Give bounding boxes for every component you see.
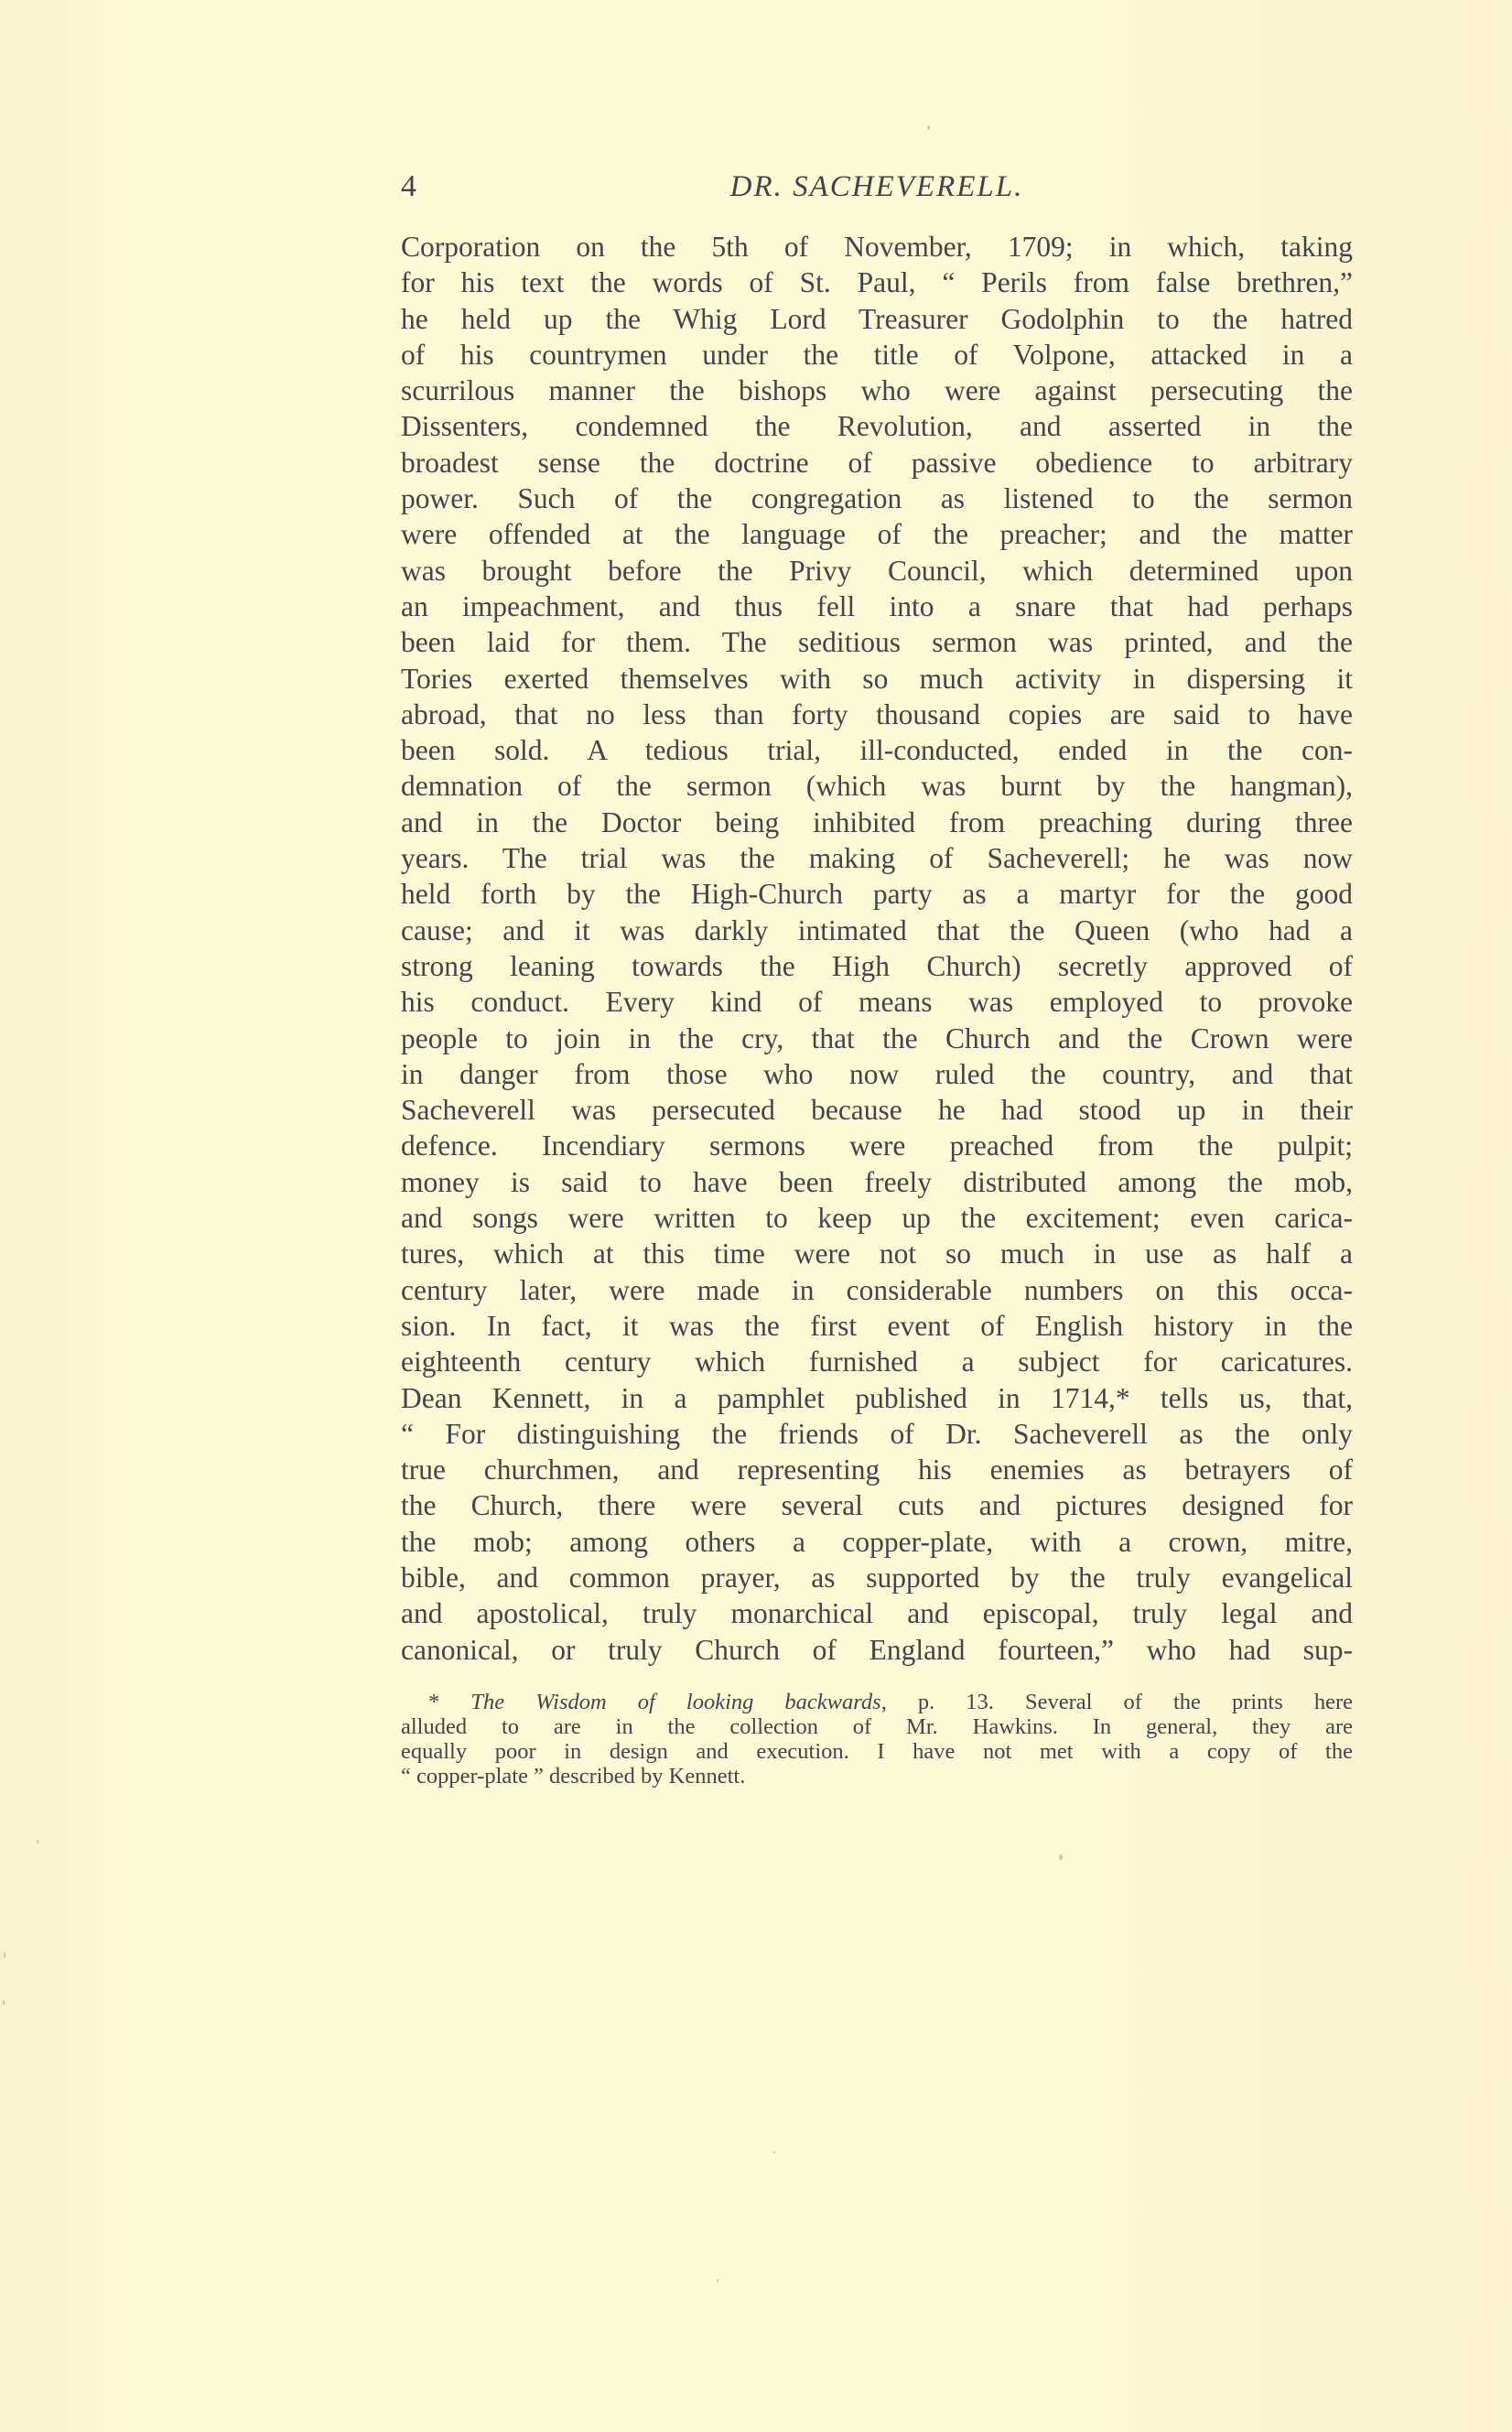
body-line: true churchmen, and representing his ene… — [401, 1452, 1353, 1487]
body-line: bible, and common prayer, as supported b… — [401, 1560, 1353, 1595]
body-line: eighteenth century which furnished a sub… — [401, 1344, 1353, 1379]
body-line: people to join in the cry, that the Chur… — [401, 1021, 1353, 1056]
footnote-line: equally poor in design and execution. I … — [401, 1739, 1353, 1764]
running-head: 4 DR. SACHEVERELL. — [401, 168, 1353, 205]
body-line: demnation of the sermon (which was burnt… — [401, 768, 1353, 804]
paper-speck — [927, 125, 930, 130]
body-line: Dean Kennett, in a pamphlet published in… — [401, 1380, 1353, 1416]
body-line: “ For distinguishing the friends of Dr. … — [401, 1416, 1353, 1452]
body-line: the mob; among others a copper-plate, wi… — [401, 1524, 1353, 1560]
body-line: were offended at the language of the pre… — [401, 516, 1353, 552]
paper-speck — [3, 2000, 5, 2005]
paper-speck — [4, 1952, 5, 1958]
footnote-line-1-rest: , p. 13. Several of the prints here — [881, 1690, 1353, 1714]
body-line: held forth by the High-Church party as a… — [401, 876, 1353, 912]
body-line: Corporation on the 5th of November, 1709… — [401, 229, 1353, 265]
body-line: an impeachment, and thus fell into a sna… — [401, 589, 1353, 624]
footnote-line: * The Wisdom of looking backwards, p. 13… — [401, 1690, 1353, 1714]
body-line: in danger from those who now ruled the c… — [401, 1056, 1353, 1092]
body-line: been laid for them. The seditious sermon… — [401, 624, 1353, 660]
body-line: strong leaning towards the High Church) … — [401, 948, 1353, 984]
body-line: was brought before the Privy Council, wh… — [401, 553, 1353, 589]
body-line: tures, which at this time were not so mu… — [401, 1236, 1353, 1271]
footnote-source-title: The Wisdom of looking backwards — [470, 1690, 880, 1714]
body-line: abroad, that no less than forty thousand… — [401, 697, 1353, 732]
paper-speck — [1059, 1854, 1063, 1860]
body-line: and songs were written to keep up the ex… — [401, 1200, 1353, 1236]
body-line: money is said to have been freely distri… — [401, 1164, 1353, 1200]
scanned-book-page: 4 DR. SACHEVERELL. Corporation on the 5t… — [0, 0, 1512, 2432]
footnote-line: “ copper-plate ” described by Kennett. — [401, 1764, 1353, 1789]
body-line: defence. Incendiary sermons were preache… — [401, 1128, 1353, 1163]
body-line: years. The trial was the making of Sache… — [401, 840, 1353, 876]
body-line: century later, were made in considerable… — [401, 1272, 1353, 1308]
running-title: DR. SACHEVERELL. — [401, 168, 1353, 205]
body-line: and in the Doctor being inhibited from p… — [401, 805, 1353, 840]
paper-speck — [717, 2279, 718, 2282]
body-line: for his text the words of St. Paul, “ Pe… — [401, 265, 1353, 300]
body-line: Tories exerted themselves with so much a… — [401, 661, 1353, 697]
body-line: cause; and it was darkly intimated that … — [401, 913, 1353, 948]
body-line: Dissenters, condemned the Revolution, an… — [401, 408, 1353, 444]
paper-speck — [773, 2151, 775, 2154]
body-line: Sacheverell was persecuted because he ha… — [401, 1092, 1353, 1128]
body-line: of his countrymen under the title of Vol… — [401, 337, 1353, 373]
body-line: his conduct. Every kind of means was emp… — [401, 984, 1353, 1020]
footnote: * The Wisdom of looking backwards, p. 13… — [401, 1690, 1353, 1789]
body-line: broadest sense the doctrine of passive o… — [401, 445, 1353, 481]
body-line: he held up the Whig Lord Treasurer Godol… — [401, 301, 1353, 337]
footnote-line: alluded to are in the collection of Mr. … — [401, 1714, 1353, 1739]
body-line: sion. In fact, it was the first event of… — [401, 1308, 1353, 1344]
body-line: canonical, or truly Church of England fo… — [401, 1632, 1353, 1668]
body-line: power. Such of the congregation as liste… — [401, 481, 1353, 516]
paper-speck — [934, 1620, 937, 1624]
body-line: scurrilous manner the bishops who were a… — [401, 373, 1353, 408]
paper-speck — [37, 1840, 38, 1843]
body-text: Corporation on the 5th of November, 1709… — [401, 229, 1353, 1668]
body-line: been sold. A tedious trial, ill-conducte… — [401, 732, 1353, 768]
body-line: and apostolical, truly monarchical and e… — [401, 1595, 1353, 1631]
footnote-marker: * — [428, 1690, 439, 1714]
body-line: the Church, there were several cuts and … — [401, 1487, 1353, 1523]
